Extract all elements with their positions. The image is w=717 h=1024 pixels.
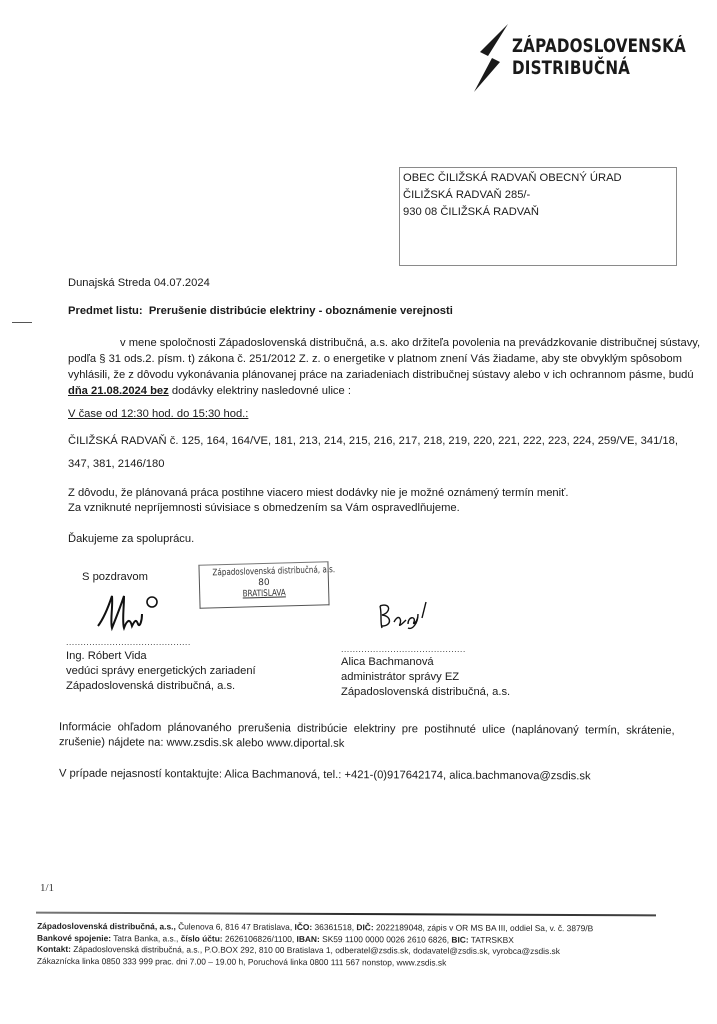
footer-row-4: Zákaznícka linka 0850 333 999 prac. dni … [37, 955, 593, 969]
signatory-2: Alica Bachmanová administrátor správy EZ… [341, 655, 510, 700]
footer-iban: SK59 1100 0000 0026 2610 6826, [320, 934, 452, 945]
footer-dic: 2022189048, zápis v OR MS BA III, oddiel… [374, 922, 594, 933]
footer-account-label: číslo účtu: [181, 933, 223, 943]
body-line-3: vyhlásili, že z dôvodu vykonávania pláno… [68, 367, 672, 383]
streets-line-2: 347, 381, 2146/180 [68, 453, 688, 476]
notice-line-1: Z dôvodu, že plánovaná práca postihne vi… [68, 486, 568, 501]
body-line-4: dňa 21.08.2024 bez dodávky elektriny nas… [68, 383, 672, 399]
subject-text: Prerušenie distribúcie elektriny - obozn… [149, 305, 453, 317]
footer-ico: 36361518, [312, 922, 356, 932]
signatory-2-company: Západoslovenská distribučná, a.s. [341, 685, 510, 700]
subject-label: Predmet listu: [68, 305, 143, 317]
recipient-line-2: ČILIŽSKÁ RADVAŇ 285/- [400, 187, 676, 204]
signatory-2-name: Alica Bachmanová [341, 655, 510, 670]
subject-line: Predmet listu: Prerušenie distribúcie el… [68, 304, 453, 319]
affected-streets: ČILIŽSKÁ RADVAŇ č. 125, 164, 164/VE, 181… [68, 430, 688, 476]
contact-line: V prípade nejasností kontaktujte: Alica … [59, 767, 591, 785]
body-paragraph: v mene spoločnosti Západoslovenská distr… [68, 335, 672, 399]
logo-line-2: DISTRIBUČNÁ [512, 58, 686, 80]
info-paragraph: Informácie ohľadom plánovaného prerušeni… [59, 720, 671, 754]
notice-line-2: Za vzniknuté nepríjemnosti súvisiace s o… [68, 501, 568, 516]
body-line-1: v mene spoločnosti Západoslovenská distr… [68, 335, 672, 351]
signatory-1-name: Ing. Róbert Vida [66, 649, 256, 664]
company-stamp: Západoslovenská distribučná, a.s. 80 BRA… [198, 561, 329, 608]
footer-bic-label: BIC: [451, 934, 468, 944]
signatory-1-title: vedúci správy energetických zariadení [66, 664, 256, 679]
fold-mark [12, 322, 32, 323]
signatory-1: Ing. Róbert Vida vedúci správy energetic… [66, 649, 256, 694]
recipient-line-3: 930 08 ČILIŽSKÁ RADVAŇ [400, 204, 676, 221]
streets-line-1: ČILIŽSKÁ RADVAŇ č. 125, 164, 164/VE, 181… [68, 430, 688, 453]
company-logo: ZÁPADOSLOVENSKÁ DISTRIBUČNÁ [470, 22, 690, 94]
footer-address: Čulenova 6, 816 47 Bratislava, [176, 921, 295, 932]
signature-line-2: ........................................… [341, 644, 466, 654]
signature-line-1: ........................................… [66, 637, 191, 647]
footer-divider [36, 912, 656, 917]
signature-bachmanova [374, 600, 444, 632]
thanks-line: Ďakujeme za spoluprácu. [68, 532, 194, 547]
outage-date: dňa 21.08.2024 bez [68, 385, 169, 397]
footer-dic-label: DIČ: [356, 922, 373, 932]
signatory-2-title: administrátor správy EZ [341, 670, 510, 685]
date-line: Dunajská Streda 04.07.2024 [68, 276, 210, 291]
notice-paragraph: Z dôvodu, že plánovaná práca postihne vi… [68, 486, 568, 516]
signature-vida [94, 588, 164, 634]
stamp-line-3: BRATISLAVA [213, 588, 316, 602]
body-line-4-rest: dodávky elektriny nasledovné ulice : [169, 385, 351, 397]
footer-account: 2626106826/1100, [223, 933, 297, 943]
footer: Západoslovenská distribučná, a.s., Čulen… [37, 921, 593, 969]
logo-line-1: ZÁPADOSLOVENSKÁ [512, 36, 686, 58]
footer-bic: TATRSKBX [469, 934, 514, 944]
footer-company-label: Západoslovenská distribučná, a.s., [37, 921, 176, 932]
footer-ico-label: IČO: [294, 922, 312, 932]
page-number: 1/1 [40, 882, 54, 894]
greeting: S pozdravom [82, 570, 148, 585]
lightning-bolt-icon [470, 22, 510, 94]
signatory-1-company: Západoslovenská distribučná, a.s. [66, 679, 256, 694]
footer-iban-label: IBAN: [297, 933, 320, 943]
recipient-address-box: OBEC ČILIŽSKÁ RADVAŇ OBECNÝ ÚRAD ČILIŽSK… [399, 167, 677, 266]
body-line-2: podľa § 31 ods.2. písm. t) zákona č. 251… [68, 351, 672, 367]
footer-bank: Tatra Banka, a.s., [111, 933, 181, 943]
outage-time: V čase od 12:30 hod. do 15:30 hod.: [68, 407, 248, 422]
footer-bank-label: Bankové spojenie: [37, 932, 111, 942]
recipient-line-1: OBEC ČILIŽSKÁ RADVAŇ OBECNÝ ÚRAD [400, 170, 676, 187]
logo-wordmark: ZÁPADOSLOVENSKÁ DISTRIBUČNÁ [512, 36, 686, 80]
footer-contact-label: Kontakt: [37, 944, 71, 954]
footer-contact: Západoslovenská distribučná, a.s., P.O.B… [71, 944, 560, 956]
